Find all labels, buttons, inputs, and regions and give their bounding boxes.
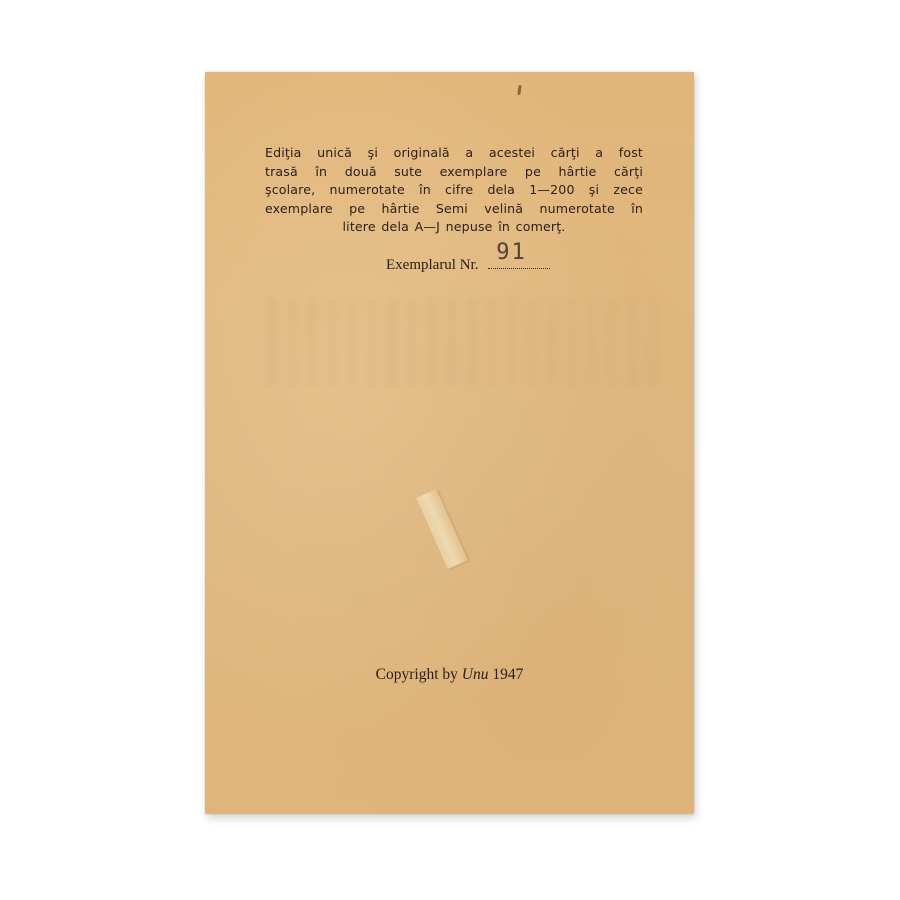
edition-notice: Ediţia unică şi originală a acestei cărţ… xyxy=(265,144,643,237)
copyright-publisher: Unu xyxy=(462,666,489,683)
exemplar-number-line: Exemplarul Nr. 91 xyxy=(386,254,550,274)
copyright-line: Copyright by Unu 1947 xyxy=(205,666,694,684)
notice-line: exemplare pe hârtie Semi velină numerota… xyxy=(265,200,643,219)
notice-line: şcolare, numerotate în cifre dela 1—200 … xyxy=(265,181,643,200)
notice-line: Ediţia unică şi originală a acestei cărţ… xyxy=(265,144,643,163)
notice-line: litere dela A—J nepuse în comerţ. xyxy=(265,218,643,237)
book-page: Ediţia unică şi originală a acestei cărţ… xyxy=(205,72,694,814)
paper-stain-mark xyxy=(517,85,521,95)
copyright-year: 1947 xyxy=(492,666,523,683)
bleed-through-shadow xyxy=(265,297,665,387)
exemplar-number-field: 91 xyxy=(488,254,550,269)
copyright-prefix: Copyright by xyxy=(376,666,458,683)
exemplar-label: Exemplarul Nr. xyxy=(386,257,478,273)
adhesive-tape-remnant xyxy=(416,489,468,569)
exemplar-number-stamp: 91 xyxy=(496,240,527,265)
notice-line: trasă în două sute exemplare pe hârtie c… xyxy=(265,163,643,182)
